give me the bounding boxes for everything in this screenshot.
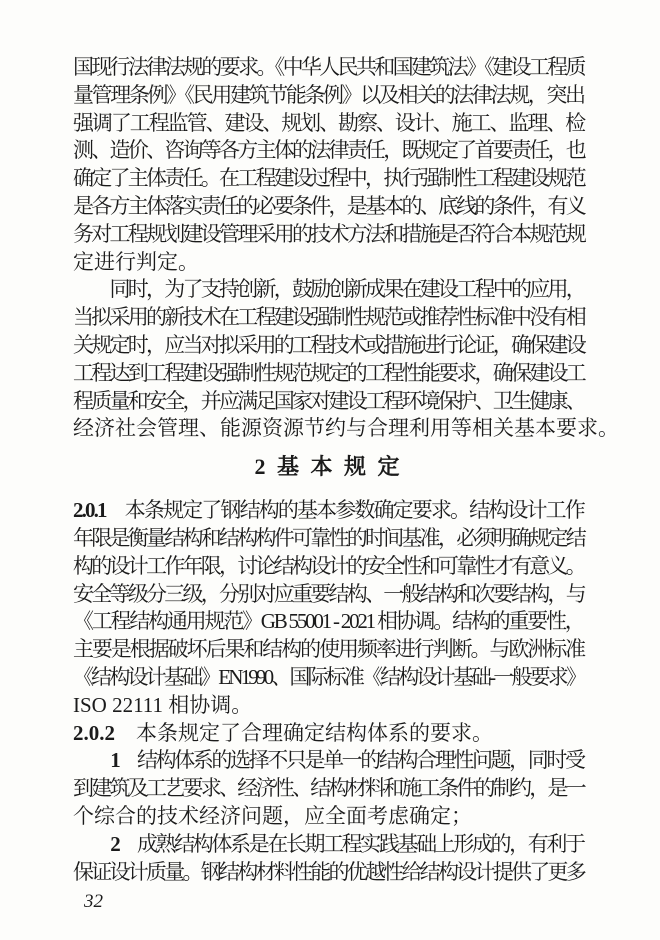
text-line: 到建筑及工艺要求、经济性、结构材料和施工条件的制约，是一	[73, 775, 584, 803]
text-segment: 确定了主体责任。在工程建设过程中，执行强制性工程建设规范	[73, 166, 584, 190]
text-line: 国现行法律法规的要求。《中华人民共和国建筑法》《建设工程质	[73, 54, 584, 82]
paragraph-legal-context: 国现行法律法规的要求。《中华人民共和国建筑法》《建设工程质量管理条例》《民用建筑…	[73, 54, 584, 276]
text-line: 确定了主体责任。在工程建设过程中，执行强制性工程建设规范	[73, 165, 584, 193]
text-segment: 关规定时，应当对拟采用的工程技术或措施进行论证，确保建设	[73, 333, 584, 357]
text-segment: 本条规定了合理确定结构体系的要求。	[115, 721, 493, 745]
text-line: 同时，为了支持创新，鼓励创新成果在建设工程中的应用，	[73, 276, 584, 304]
text-line: 程质量和安全，并应满足国家对建设工程环境保护、卫生健康、	[73, 388, 584, 416]
text-line: 强调了工程监管、建设、规划、勘察、设计、施工、监理、检	[73, 110, 584, 138]
text-line: 2 成熟结构体系是在长期工程实践基础上形成的，有利于	[73, 831, 584, 859]
bold-text-segment: 2.0.2	[73, 721, 115, 745]
text-segment: 定进行判定。	[73, 250, 199, 274]
text-segment: 构的设计工作年限，讨论结构设计的安全性和可靠性才有意义。	[73, 554, 584, 578]
text-line: 年限是衡量结构和结构构件可靠性的时间基准，必须明确规定结	[73, 525, 584, 553]
text-line: 个综合的技术经济问题，应全面考虑确定；	[73, 803, 584, 831]
text-segment: 程质量和安全，并应满足国家对建设工程环境保护、卫生健康、	[73, 389, 584, 413]
text-segment: 本条规定了钢结构的基本参数确定要求。结构设计工作	[106, 498, 584, 522]
paragraph-item-2: 2 成熟结构体系是在长期工程实践基础上形成的，有利于保证设计质量。钢结构材料性能…	[73, 831, 584, 887]
paragraph-clause-2-0-1: 2.0.1 本条规定了钢结构的基本参数确定要求。结构设计工作年限是衡量结构和结构…	[73, 497, 584, 719]
text-segment: 强调了工程监管、建设、规划、勘察、设计、施工、监理、检	[73, 111, 584, 135]
text-line: 主要是根据破坏后果和结构的使用频率进行判断。与欧洲标准	[73, 636, 584, 664]
text-line: 安全等级分三级，分别对应重要结构、一般结构和次要结构，与	[73, 581, 584, 609]
text-segment: 主要是根据破坏后果和结构的使用频率进行判断。与欧洲标准	[73, 637, 584, 661]
text-line: 工程达到工程建设强制性规范规定的工程性能要求，确保建设工	[73, 360, 584, 388]
text-segment: 成熟结构体系是在长期工程实践基础上形成的，有利于	[118, 832, 583, 856]
text-segment: 是各方主体落实责任的必要条件，是基本的、底线的条件，有义	[73, 194, 584, 218]
text-line: 定进行判定。	[73, 249, 584, 277]
text-segment: 同时，为了支持创新，鼓励创新成果在建设工程中的应用，	[73, 277, 584, 301]
text-line: 量管理条例》《民用建筑节能条例》以及相关的法律法规，突出	[73, 82, 584, 110]
text-segment: 年限是衡量结构和结构构件可靠性的时间基准，必须明确规定结	[73, 526, 584, 550]
text-line: 当拟采用的新技术在工程建设强制性规范或推荐性标准中没有相	[73, 304, 584, 332]
text-segment: 《工程结构通用规范》GB 55001 - 2021 相协调。结构的重要性，	[73, 609, 584, 633]
text-segment: 量管理条例》《民用建筑节能条例》以及相关的法律法规，突出	[73, 83, 584, 107]
text-segment: 个综合的技术经济问题，应全面考虑确定；	[73, 804, 472, 828]
text-line: 1 结构体系的选择不只是单一的结构合理性问题，同时受	[73, 747, 584, 775]
text-segment: 测、造价、咨询等各方主体的法律责任，既规定了首要责任，也	[73, 138, 584, 162]
page-content: 国现行法律法规的要求。《中华人民共和国建筑法》《建设工程质量管理条例》《民用建筑…	[73, 54, 584, 886]
text-segment: 结构体系的选择不只是单一的结构合理性问题，同时受	[118, 748, 583, 772]
page-number: 32	[84, 891, 103, 913]
text-segment: 《结构设计基础》EN1990、国际标准《结构设计基础-一般要求》	[73, 665, 584, 689]
text-line: 《结构设计基础》EN1990、国际标准《结构设计基础-一般要求》	[73, 664, 584, 692]
text-line: 关规定时，应当对拟采用的工程技术或措施进行论证，确保建设	[73, 332, 584, 360]
text-segment: 工程达到工程建设强制性规范规定的工程性能要求，确保建设工	[73, 361, 584, 385]
bold-text-segment: 2.0.1	[73, 498, 106, 522]
text-segment	[73, 748, 110, 772]
text-line: 《工程结构通用规范》GB 55001 - 2021 相协调。结构的重要性，	[73, 608, 584, 636]
text-segment: 经济社会管理、能源资源节约与合理利用等相关基本要求。	[73, 416, 619, 440]
text-line: 是各方主体落实责任的必要条件，是基本的、底线的条件，有义	[73, 193, 584, 221]
paragraph-innovation: 同时，为了支持创新，鼓励创新成果在建设工程中的应用，当拟采用的新技术在工程建设强…	[73, 276, 584, 443]
text-line: 构的设计工作年限，讨论结构设计的安全性和可靠性才有意义。	[73, 553, 584, 581]
text-line: 2.0.2 本条规定了合理确定结构体系的要求。	[73, 720, 584, 748]
paragraph-clause-2-0-2: 2.0.2 本条规定了合理确定结构体系的要求。	[73, 720, 584, 748]
text-line: 测、造价、咨询等各方主体的法律责任，既规定了首要责任，也	[73, 137, 584, 165]
text-segment: 到建筑及工艺要求、经济性、结构材料和施工条件的制约，是一	[73, 776, 584, 800]
text-segment: 国现行法律法规的要求。《中华人民共和国建筑法》《建设工程质	[73, 55, 584, 79]
text-segment: 务对工程规划建设管理采用的技术方法和措施是否符合本规范规	[73, 222, 584, 246]
text-segment	[73, 832, 110, 856]
paragraph-item-1: 1 结构体系的选择不只是单一的结构合理性问题，同时受到建筑及工艺要求、经济性、结…	[73, 747, 584, 830]
text-segment: 安全等级分三级，分别对应重要结构、一般结构和次要结构，与	[73, 582, 584, 606]
text-line: ISO 22111 相协调。	[73, 692, 584, 720]
text-line: 务对工程规划建设管理采用的技术方法和措施是否符合本规范规	[73, 221, 584, 249]
text-segment: 保证设计质量。钢结构材料性能的优越性给结构设计提供了更多	[73, 860, 584, 884]
text-line: 保证设计质量。钢结构材料性能的优越性给结构设计提供了更多	[73, 859, 584, 887]
text-segment: ISO 22111 相协调。	[73, 693, 252, 717]
text-line: 2.0.1 本条规定了钢结构的基本参数确定要求。结构设计工作	[73, 497, 584, 525]
section-heading: 2 基 本 规 定	[73, 453, 584, 481]
text-line: 经济社会管理、能源资源节约与合理利用等相关基本要求。	[73, 415, 584, 443]
text-segment: 当拟采用的新技术在工程建设强制性规范或推荐性标准中没有相	[73, 305, 584, 329]
document-page: 国现行法律法规的要求。《中华人民共和国建筑法》《建设工程质量管理条例》《民用建筑…	[0, 0, 660, 940]
